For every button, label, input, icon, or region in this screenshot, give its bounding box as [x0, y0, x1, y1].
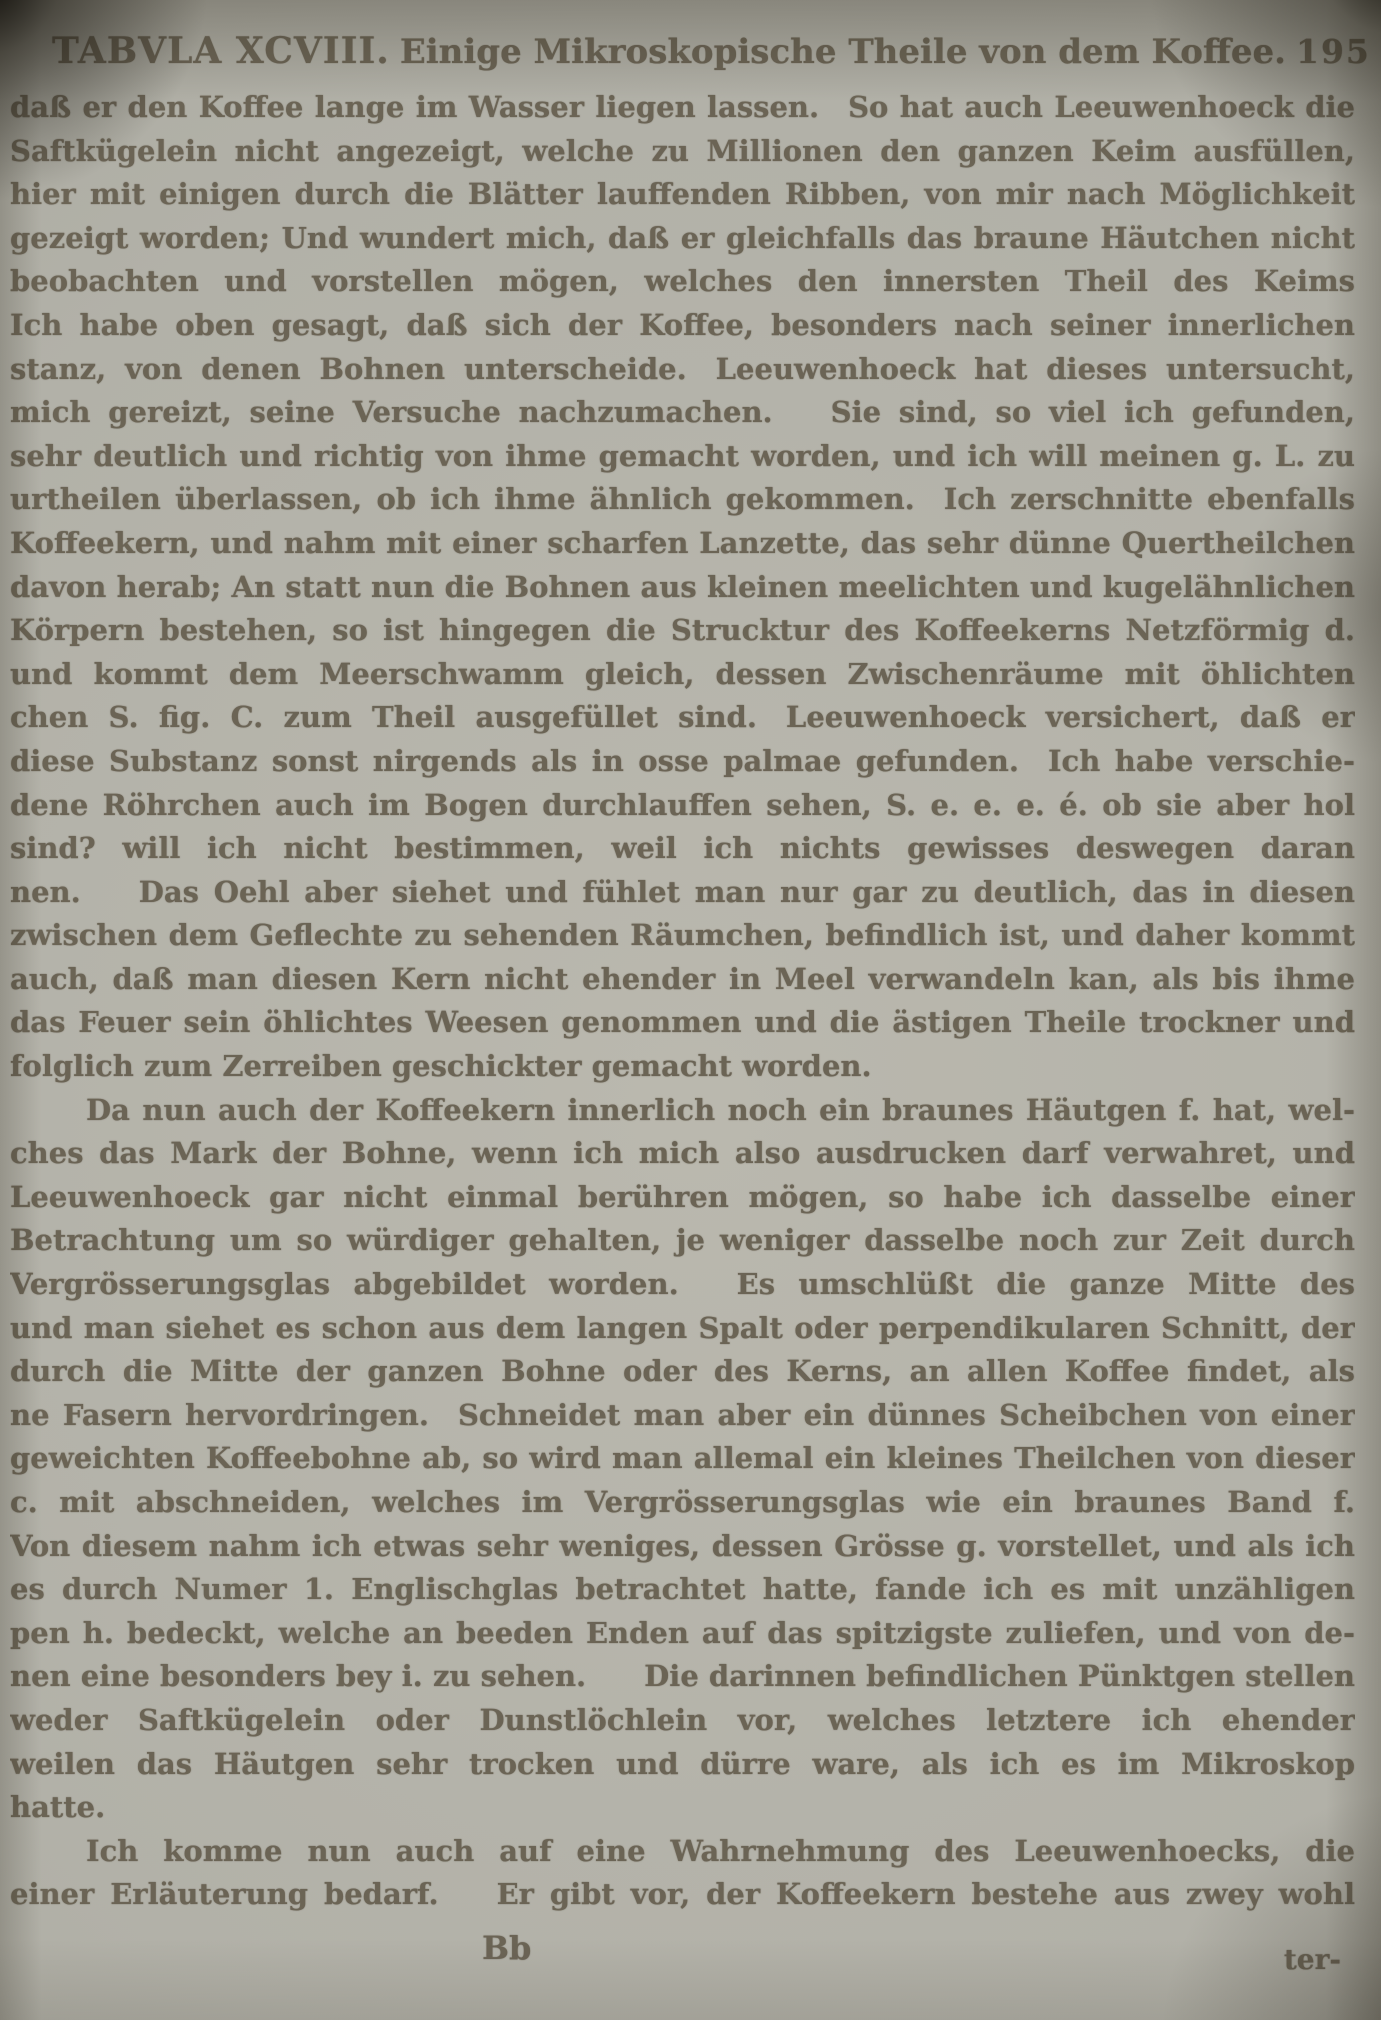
- text-line: dene Röhrchen auch im Bogen durchlauffen…: [10, 784, 1355, 828]
- text-line: beobachten und vorstellen mögen, welches…: [10, 260, 1355, 304]
- text-line: Ich habe oben gesagt, daß sich der Koffe…: [10, 304, 1355, 348]
- text-line: Vergrösserungsglas abgebildet worden. Es…: [10, 1263, 1355, 1307]
- text-line: hatte.: [10, 1786, 1355, 1830]
- text-line: diese Substanz sonst nirgends als in oss…: [10, 740, 1355, 784]
- text-line: es durch Numer 1. Englischglas betrachte…: [10, 1568, 1355, 1612]
- text-line: mich gereizt, seine Versuche nachzumache…: [10, 391, 1355, 435]
- page-footer: Bb ter-: [0, 1925, 1381, 2020]
- book-page: TABVLA XCVIII. Einige Mikroskopische The…: [0, 0, 1381, 2020]
- text-line: Ich komme nun auch auf eine Wahrnehmung …: [10, 1830, 1355, 1874]
- text-line: c. mit abschneiden, welches im Vergrösse…: [10, 1481, 1355, 1525]
- text-line: einer Erläuterung bedarf. Er gibt vor, d…: [10, 1873, 1355, 1917]
- text-line: Saftkügelein nicht angezeigt, welche zu …: [10, 130, 1355, 174]
- text-line: auch, daß man diesen Kern nicht ehender …: [10, 958, 1355, 1002]
- text-line: sehr deutlich und richtig von ihme gemac…: [10, 435, 1355, 479]
- text-line: weilen das Häutgen sehr trocken und dürr…: [10, 1743, 1355, 1787]
- text-line: Koffeekern, und nahm mit einer scharfen …: [10, 522, 1355, 566]
- text-line: Körpern bestehen, so ist hingegen die St…: [10, 609, 1355, 653]
- text-line: und kommt dem Meerschwamm gleich, dessen…: [10, 653, 1355, 697]
- text-line: sind? will ich nicht bestimmen, weil ich…: [10, 827, 1355, 871]
- text-line: Da nun auch der Koffeekern innerlich noc…: [10, 1089, 1355, 1133]
- text-line: Betrachtung um so würdiger gehalten, je …: [10, 1219, 1355, 1263]
- text-line: stanz, von denen Bohnen unterscheide. Le…: [10, 348, 1355, 392]
- page-header: TABVLA XCVIII. Einige Mikroskopische The…: [0, 0, 1381, 72]
- body-text: daß er den Koffee lange im Wasser liegen…: [10, 86, 1355, 1917]
- text-line: pen h. bedeckt, welche an beeden Enden a…: [10, 1612, 1355, 1656]
- text-line: weder Saftkügelein oder Dunstlöchlein vo…: [10, 1699, 1355, 1743]
- text-line: ne Fasern hervordringen. Schneidet man a…: [10, 1394, 1355, 1438]
- text-line: chen S. fig. C. zum Theil ausgefüllet si…: [10, 696, 1355, 740]
- text-line: nen. Das Oehl aber siehet und fühlet man…: [10, 871, 1355, 915]
- text-line: nen eine besonders bey i. zu sehen. Die …: [10, 1655, 1355, 1699]
- text-line: folglich zum Zerreiben geschickter gemac…: [10, 1045, 1355, 1089]
- page-number: 195: [1296, 32, 1371, 71]
- tabula-label: TABVLA XCVIII.: [52, 30, 390, 72]
- text-line: gezeigt worden; Und wundert mich, daß er…: [10, 217, 1355, 261]
- text-line: Leeuwenhoeck gar nicht einmal berühren m…: [10, 1176, 1355, 1220]
- text-line: und man siehet es schon aus dem langen S…: [10, 1307, 1355, 1351]
- text-line: Von diesem nahm ich etwas sehr weniges, …: [10, 1525, 1355, 1569]
- text-line: urtheilen überlassen, ob ich ihme ähnlic…: [10, 478, 1355, 522]
- text-line: durch die Mitte der ganzen Bohne oder de…: [10, 1350, 1355, 1394]
- signature-mark: Bb: [482, 1929, 531, 1967]
- page-title: Einige Mikroskopische Theile von dem Kof…: [400, 32, 1286, 72]
- text-line: hier mit einigen durch die Blätter lauff…: [10, 173, 1355, 217]
- catchword: ter-: [1284, 1943, 1341, 1976]
- text-line: geweichten Koffeebohne ab, so wird man a…: [10, 1437, 1355, 1481]
- text-line: ches das Mark der Bohne, wenn ich mich a…: [10, 1132, 1355, 1176]
- text-line: davon herab; An statt nun die Bohnen aus…: [10, 566, 1355, 610]
- text-line: das Feuer sein öhlichtes Weesen genommen…: [10, 1001, 1355, 1045]
- text-line: zwischen dem Geflechte zu sehenden Räumc…: [10, 914, 1355, 958]
- text-line: daß er den Koffee lange im Wasser liegen…: [10, 86, 1355, 130]
